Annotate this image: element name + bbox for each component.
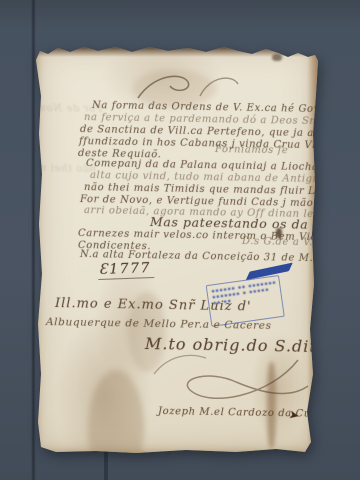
arrow-ink-mark: ➤ [288, 407, 301, 423]
photo-of-manuscript: { "scene": { "background_color": "#47526… [0, 0, 360, 480]
year-line: Ɛ1777 [98, 257, 155, 280]
paper-sheet-wrapper: Na forma das Ordens de V. Ex.ca hé Gov n… [36, 44, 318, 454]
paper-sheet: Na forma das Ordens de V. Ex.ca hé Gov n… [36, 44, 318, 454]
edge-damage-mark [272, 54, 282, 61]
manuscript-line: Forniamos fe [215, 144, 289, 156]
year-value: 1777 [109, 260, 151, 277]
signature-bottom: Jozeph M.el Cardozo da Cunha [158, 406, 332, 420]
signature-flourish [148, 344, 318, 414]
address-line: Ill.mo e Ex.mo Snr̃ Luiz d' [55, 296, 252, 314]
address-line: Albuquerque de Mello Per.a e Caceres [46, 316, 272, 332]
pen-flourish [124, 72, 244, 104]
backdrop-seam [104, 452, 108, 480]
